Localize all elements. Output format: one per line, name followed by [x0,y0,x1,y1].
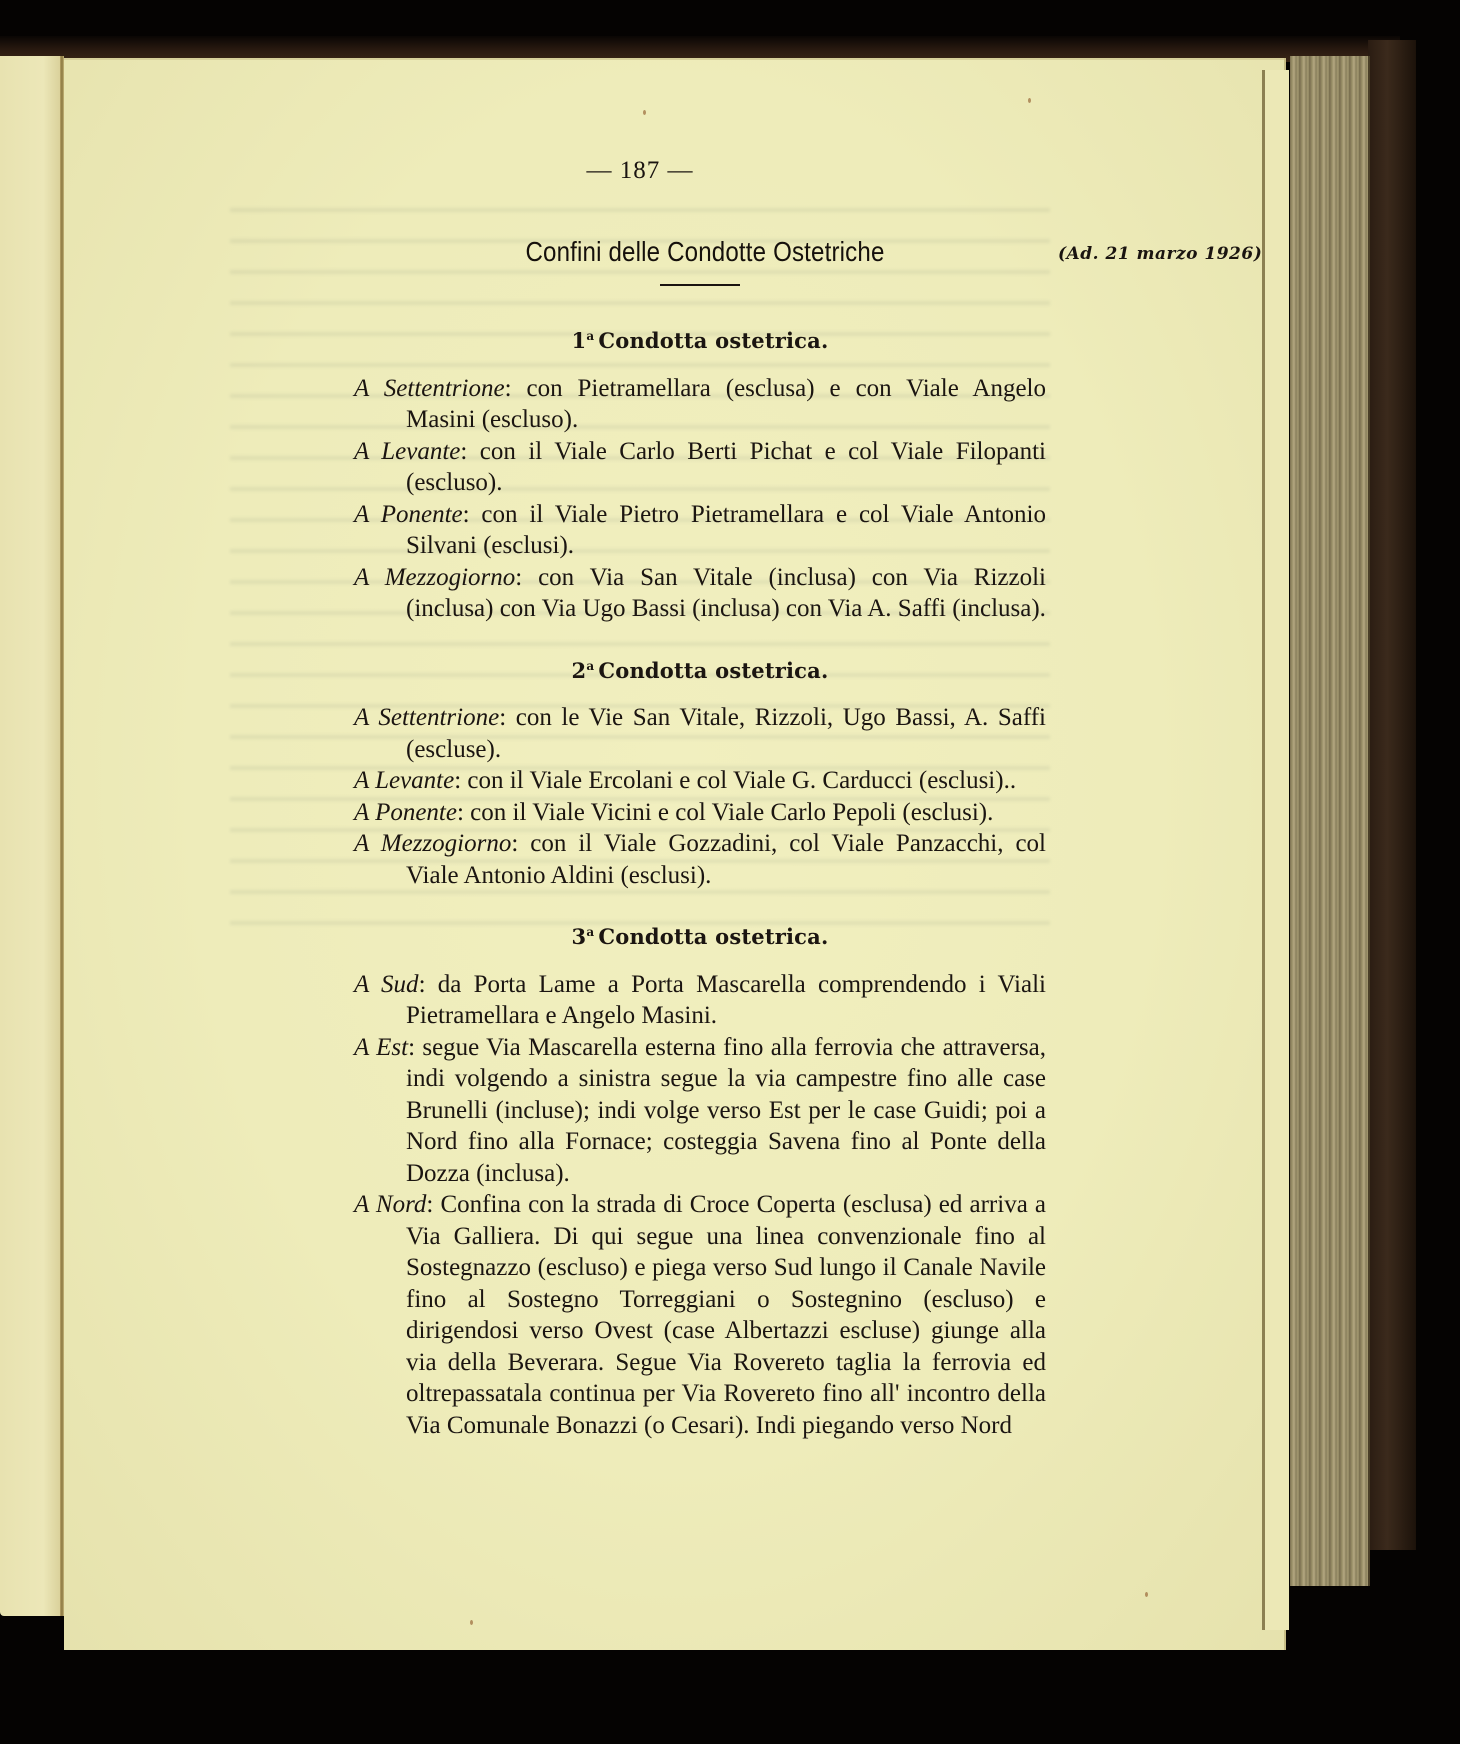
boundary-entry: A Nord: Confina con la strada di Croce C… [354,1189,1046,1441]
title-rule [660,284,740,286]
boundary-entry: A Settentrione: con le Vie San Vitale, R… [354,702,1046,765]
section-heading: 2aCondotta ostetrica. [354,651,1046,683]
direction-label: A Ponente [354,799,457,826]
left-page-edge [0,56,62,1616]
page-inner-edge [1262,70,1289,1630]
scanned-book-spread: — 187 — Confini delle Condotte Ostetrich… [0,0,1460,1744]
boundary-entry: A Est: segue Via Mascarella esterna fino… [354,1032,1046,1190]
direction-label: A Sud [354,971,419,998]
direction-label: A Mezzogiorno [354,564,515,591]
paper-speck [643,110,646,115]
document-body: 1aCondotta ostetrica. A Settentrione: co… [354,321,1046,1467]
boundary-entry: A Sud: da Porta Lame a Porta Mascarella … [354,969,1046,1032]
boundary-entry: A Ponente: con il Viale Pietro Pietramel… [354,499,1046,562]
boundary-entry: A Levante: con il Viale Carlo Berti Pich… [354,436,1046,499]
page-number: — 187 — [560,157,720,185]
direction-label: A Settentrione [354,704,499,731]
direction-label: A Levante [354,767,454,794]
page-fore-edge [1290,56,1370,1586]
boundary-entry: A Levante: con il Viale Ercolani e col V… [354,765,1046,797]
direction-label: A Nord [354,1191,426,1218]
section-1: 1aCondotta ostetrica. A Settentrione: co… [354,321,1046,625]
direction-label: A Settentrione [354,375,505,402]
direction-label: A Mezzogiorno [354,830,511,857]
book-cover-edge [1368,40,1416,1550]
section-2: 2aCondotta ostetrica. A Settentrione: co… [354,651,1046,892]
section-heading: 1aCondotta ostetrica. [354,321,1046,353]
paper-speck [470,1620,473,1625]
boundary-entry: A Ponente: con il Viale Vicini e col Via… [354,797,1046,829]
section-heading: 3aCondotta ostetrica. [354,917,1046,949]
direction-label: A Levante [354,438,460,465]
paper-speck [1028,98,1031,103]
date-annotation: (Ad. 21 marzo 1926) [1058,244,1262,264]
direction-label: A Est [354,1034,408,1061]
boundary-entry: A Mezzogiorno: con Via San Vitale (inclu… [354,562,1046,625]
section-3: 3aCondotta ostetrica. A Sud: da Porta La… [354,917,1046,1441]
paper-speck [1145,1592,1148,1597]
direction-label: A Ponente [354,501,463,528]
boundary-entry: A Mezzogiorno: con il Viale Gozzadini, c… [354,828,1046,891]
boundary-entry: A Settentrione: con Pietramellara (esclu… [354,373,1046,436]
page-title: Confini delle Condotte Ostetriche [503,236,907,268]
